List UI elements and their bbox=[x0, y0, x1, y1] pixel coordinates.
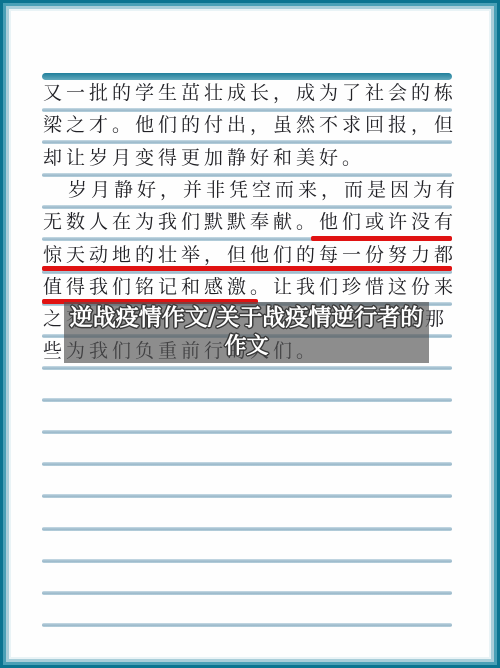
notebook-paper: 又一批的学生茁壮成长，成为了社会的栋 梁之才。他们的付出，虽然不求回报，但 却让… bbox=[11, 11, 489, 657]
banner-title-line1: 逆战疫情作文/关于战疫情逆行者的 bbox=[70, 305, 423, 333]
ruled-line bbox=[42, 462, 452, 466]
ruled-line bbox=[42, 398, 452, 402]
red-underline-1 bbox=[311, 236, 452, 241]
ruled-line bbox=[42, 366, 452, 370]
essay-line-7: 值得我们铭记和感激。让我们珍惜这份来 bbox=[43, 273, 467, 301]
title-banner: 逆战疫情作文/关于战疫情逆行者的 作文 bbox=[64, 302, 429, 363]
banner-title-line2: 作文 bbox=[224, 334, 268, 360]
ruled-line bbox=[42, 494, 452, 498]
ruled-line bbox=[42, 527, 452, 531]
ruled-line bbox=[42, 623, 452, 627]
ruled-line bbox=[42, 430, 452, 434]
essay-line-6: 惊天动地的壮举，但他们的每一份努力都 bbox=[43, 241, 467, 269]
essay-line-3: 却让岁月变得更加静好和美好。 bbox=[43, 144, 467, 172]
framed-page: 又一批的学生茁壮成长，成为了社会的栋 梁之才。他们的付出，虽然不求回报，但 却让… bbox=[0, 0, 500, 668]
ruled-line bbox=[42, 559, 452, 563]
red-underline-2 bbox=[42, 266, 452, 271]
ruled-line bbox=[42, 591, 452, 595]
essay-line-4: 岁月静好，并非凭空而来，而是因为有 bbox=[43, 176, 492, 204]
essay-line-5: 无数人在为我们默默奉献。他们或许没有 bbox=[43, 208, 467, 236]
essay-line-2: 梁之才。他们的付出，虽然不求回报，但 bbox=[43, 111, 467, 139]
essay-line-1: 又一批的学生茁壮成长，成为了社会的栋 bbox=[43, 79, 467, 107]
